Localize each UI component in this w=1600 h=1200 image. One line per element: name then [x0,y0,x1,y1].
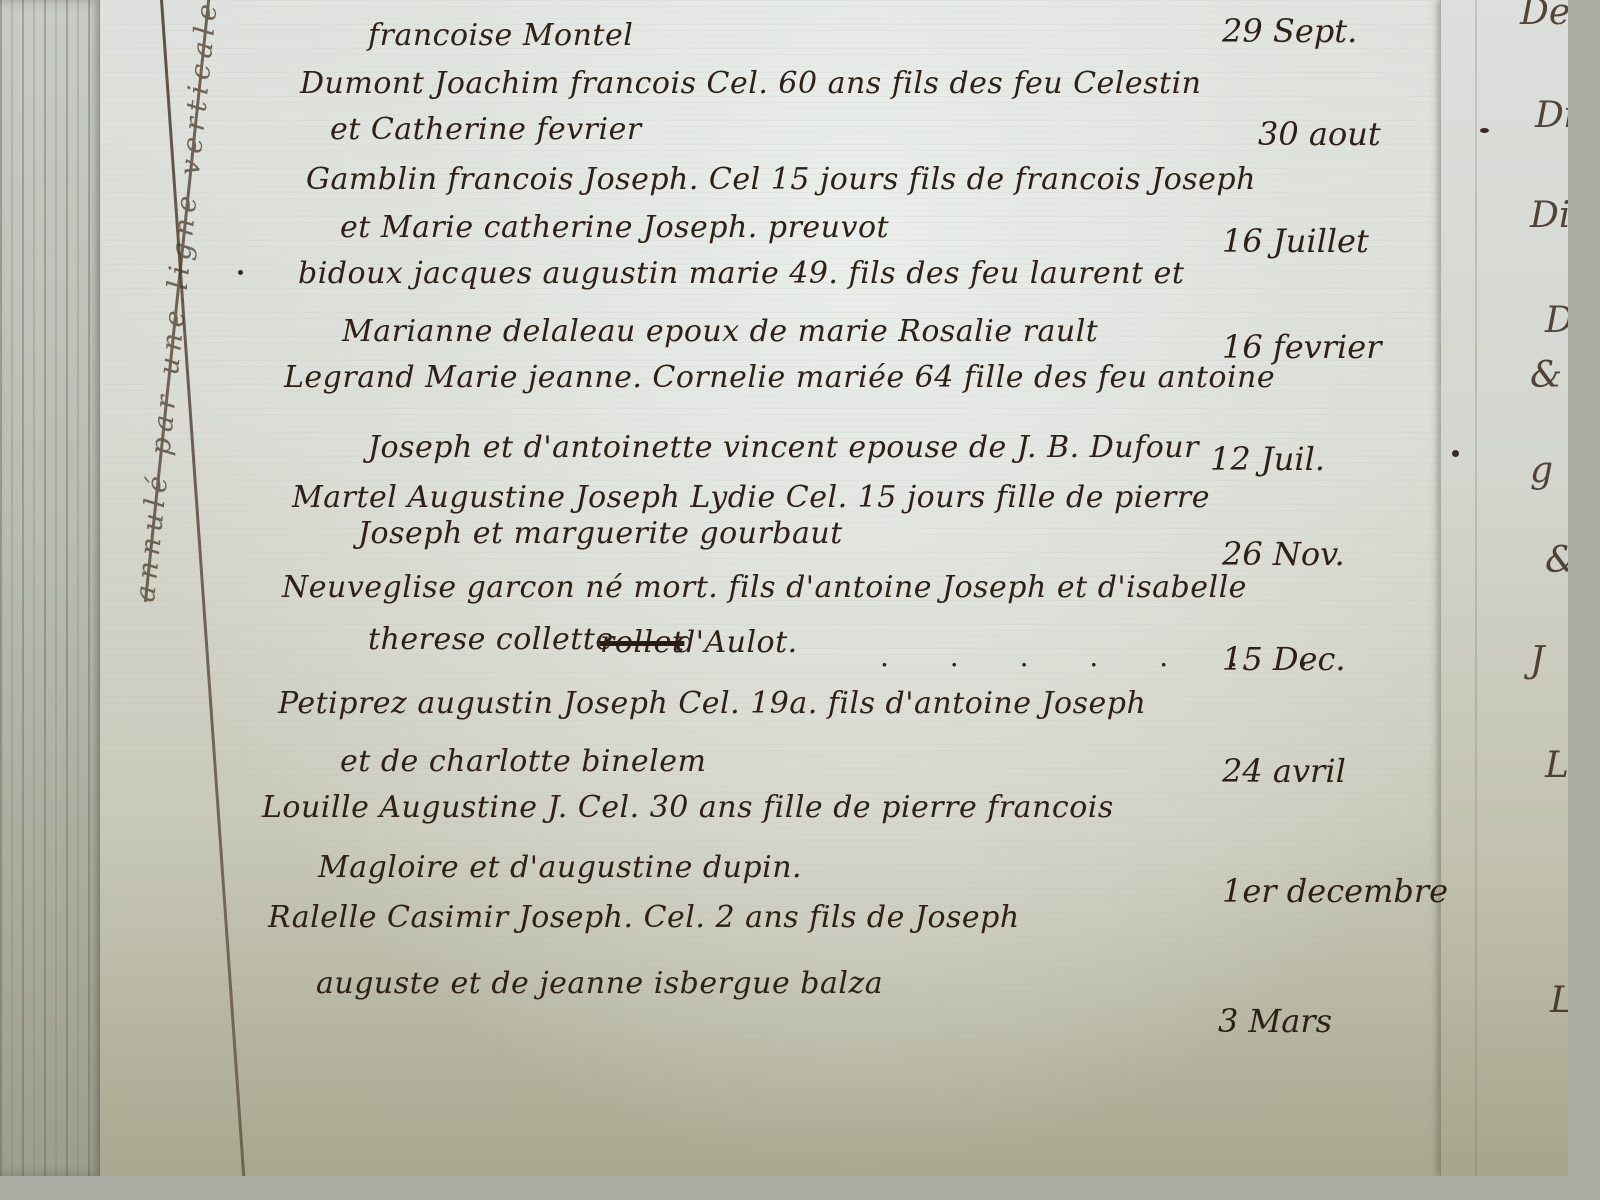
entry-line: Ralelle Casimir Joseph. Cel. 2 ans fils … [268,900,1020,935]
entry-date: 16 Juillet [1222,222,1369,260]
facing-page-fragment: J [1530,640,1544,681]
page-stack-edges [0,0,110,1176]
page-fold-line [1475,0,1477,1176]
entry-date: 30 aout [1258,115,1381,153]
ink-spot [238,270,243,275]
ink-spot [1452,450,1459,457]
facing-page-edge [1440,0,1568,1176]
register-photo: De Di Di D & g & J L L annulé par une li… [0,0,1568,1176]
entry-line: Joseph et marguerite gourbaut [358,516,843,551]
entry-line: auguste et de jeanne isbergue balza [316,966,883,1001]
facing-page-fragment: & [1530,355,1562,396]
entry-line: et Marie catherine Joseph. preuvot [340,210,889,245]
entry-line: francoise Montel [368,18,633,53]
entry-line: Louille Augustine J. Cel. 30 ans fille d… [262,790,1114,825]
entry-line: Marianne delaleau epoux de marie Rosalie… [342,314,1098,349]
facing-page-fragment: & [1545,540,1568,581]
facing-page-fragment: De [1520,0,1568,33]
facing-page-fragment: Di [1530,195,1568,236]
entry-line: Petiprez augustin Joseph Cel. 19a. fils … [278,686,1146,721]
entry-line: Gamblin francois Joseph. Cel 15 jours fi… [306,162,1256,197]
entry-line: Martel Augustine Joseph Lydie Cel. 15 jo… [292,480,1210,515]
entry-line-continuation: d'Aulot. [676,625,798,660]
entry-line: et Catherine fevrier [330,112,642,147]
facing-page-fragment: D [1545,300,1568,341]
entry-line: et de charlotte binelem [340,744,706,779]
ink-spot [1480,128,1489,133]
entry-line: Dumont Joachim francois Cel. 60 ans fils… [300,66,1202,101]
entry-line: Joseph et d'antoinette vincent epouse de… [368,430,1199,465]
entry-date: 29 Sept. [1222,12,1357,50]
entry-date: 1er decembre [1222,872,1448,910]
facing-page-fragment: L [1550,980,1568,1021]
entry-line: Legrand Marie jeanne. Cornelie mariée 64… [284,360,1275,395]
entry-line: bidoux jacques augustin marie 49. fils d… [298,256,1184,291]
entry-date: 3 Mars [1218,1002,1332,1040]
entry-date: 26 Nov. [1222,535,1345,573]
entry-line: therese collette [368,622,614,657]
entry-line: Neuveglise garcon né mort. fils d'antoin… [282,570,1247,605]
facing-page-fragment: g [1530,450,1553,491]
entry-line: Magloire et d'augustine dupin. [318,850,802,885]
entry-date: 12 Juil. [1210,440,1325,478]
struck-word: rollet [600,625,684,660]
entry-date: 24 avril [1222,752,1346,790]
facing-page-fragment: Di [1535,95,1568,136]
entry-date: 15 Dec. [1222,640,1346,678]
facing-page-fragment: L [1545,745,1568,786]
